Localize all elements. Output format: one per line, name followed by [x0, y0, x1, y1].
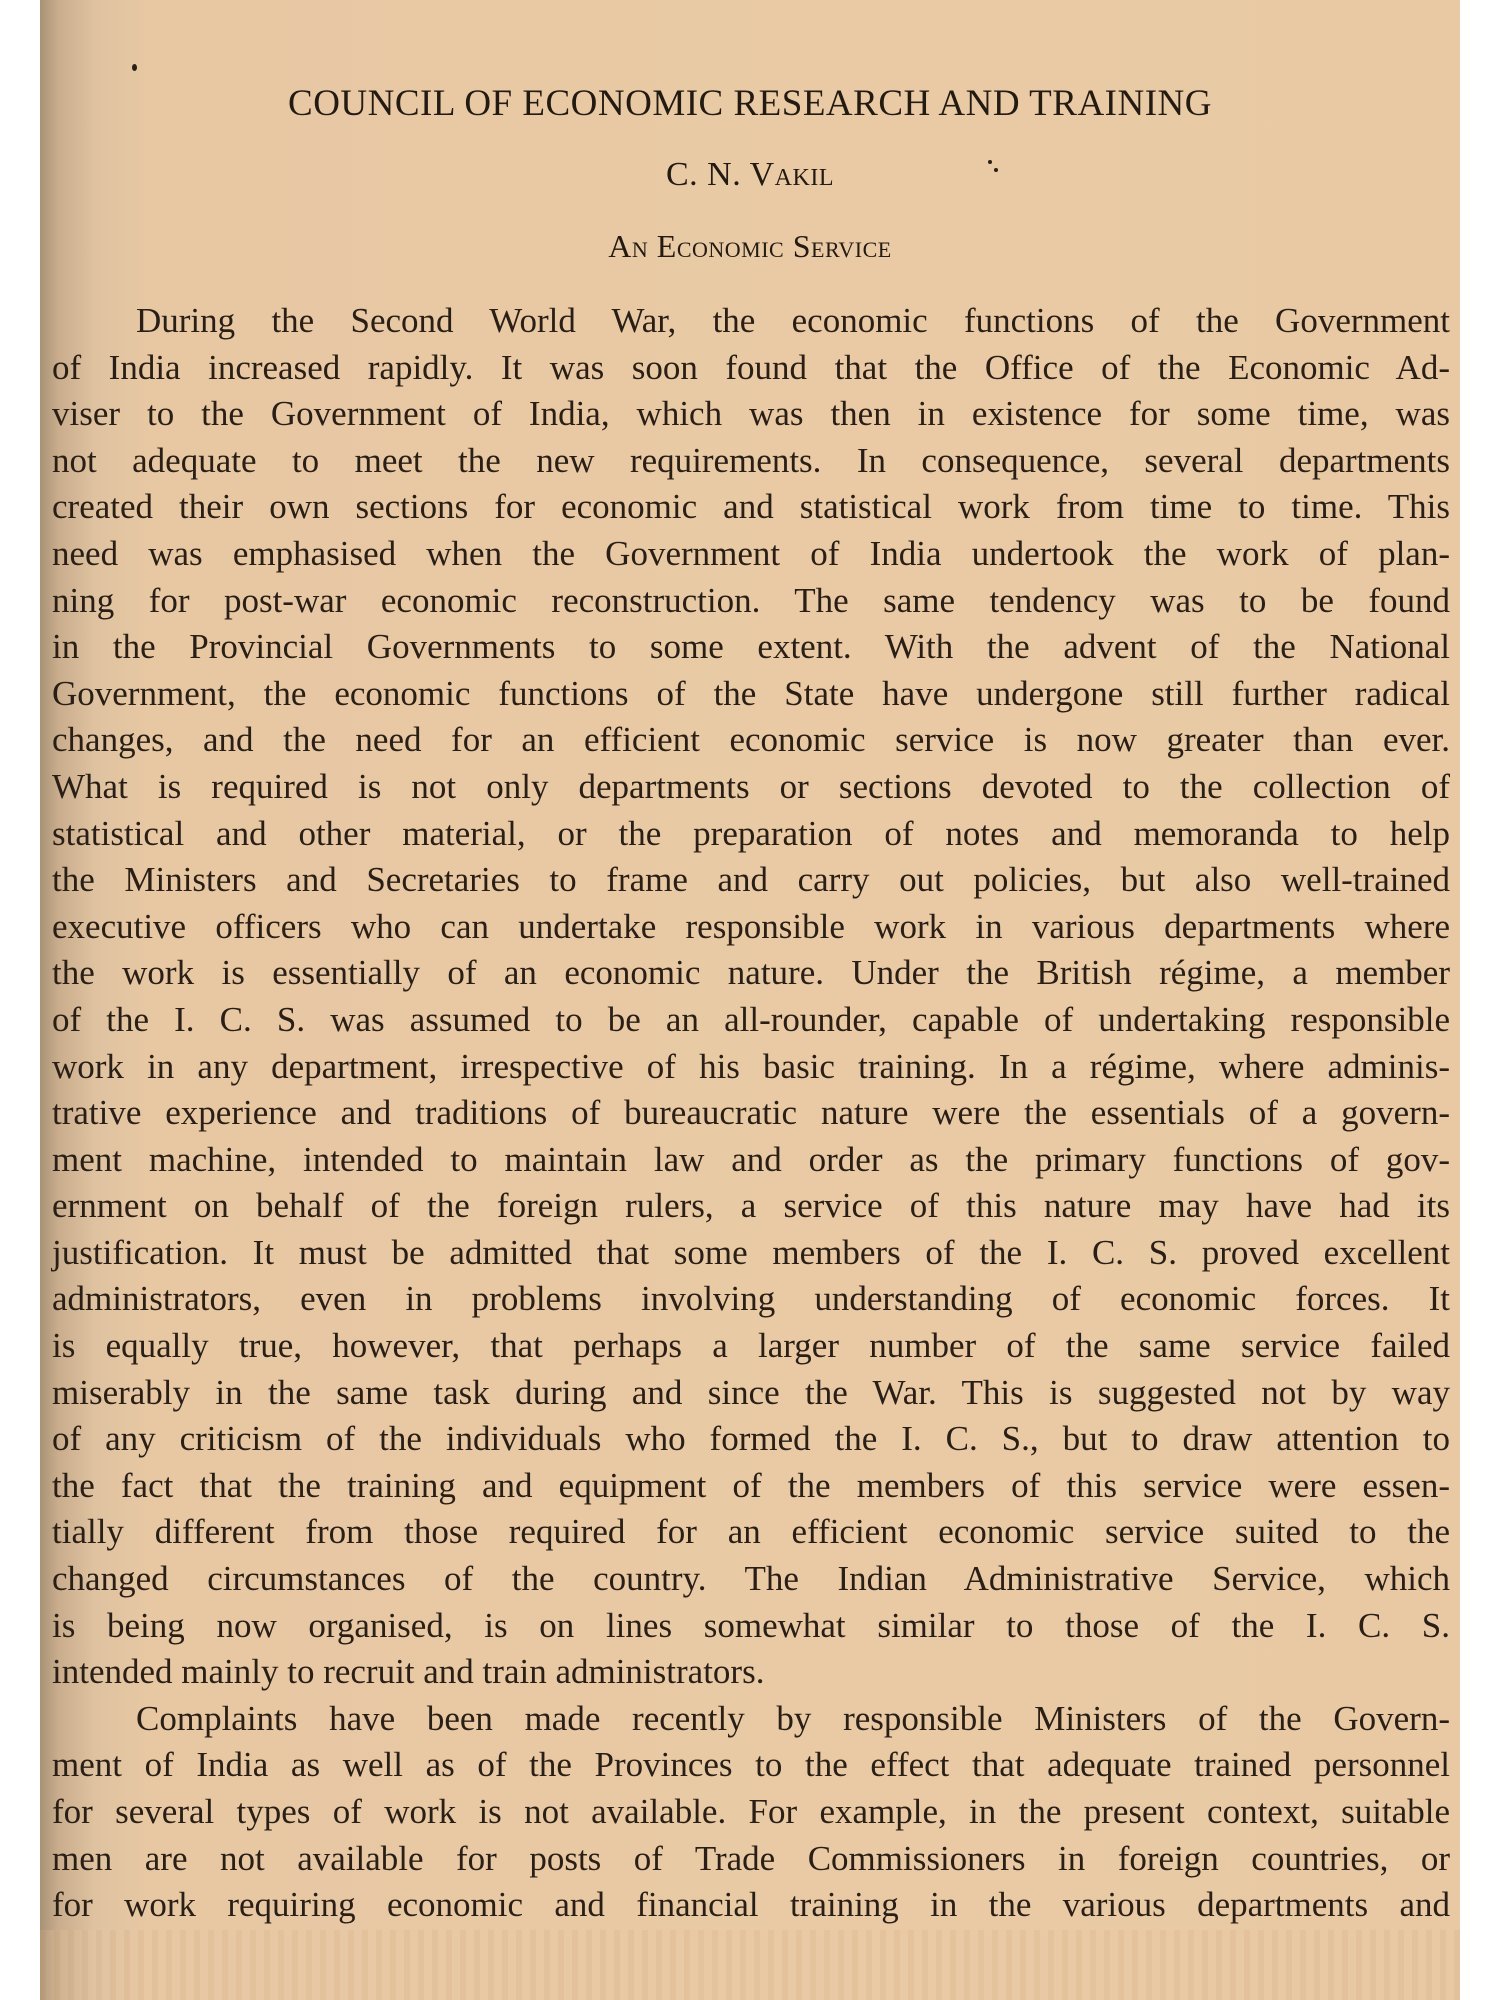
author-name: C. N. Vakil: [40, 156, 1460, 194]
text-line: ernment on behalf of the foreign rulers,…: [52, 1183, 1450, 1230]
text-line: trative experience and traditions of bur…: [52, 1090, 1450, 1137]
document-title: COUNCIL OF ECONOMIC RESEARCH AND TRAININ…: [40, 82, 1460, 125]
text-line: ning for post-war economic reconstructio…: [52, 578, 1450, 625]
text-line: statistical and other material, or the p…: [52, 811, 1450, 858]
paragraph-1: During the Second World War, the economi…: [52, 298, 1450, 1696]
text-line: ment of India as well as of the Province…: [52, 1742, 1450, 1789]
text-line: the Ministers and Secretaries to frame a…: [52, 857, 1450, 904]
text-line: need was emphasised when the Government …: [52, 531, 1450, 578]
body-text: During the Second World War, the economi…: [52, 298, 1450, 1929]
text-line: administrators, even in problems involvi…: [52, 1276, 1450, 1323]
scanned-page: COUNCIL OF ECONOMIC RESEARCH AND TRAININ…: [40, 0, 1460, 2000]
ink-speck: [994, 168, 998, 172]
text-line: justification. It must be admitted that …: [52, 1230, 1450, 1277]
paragraph-2: Complaints have been made recently by re…: [52, 1696, 1450, 1929]
text-line: men are not available for posts of Trade…: [52, 1836, 1450, 1883]
text-line: is being now organised, is on lines some…: [52, 1603, 1450, 1650]
text-line: in the Provincial Governments to some ex…: [52, 624, 1450, 671]
text-line: of the I. C. S. was assumed to be an all…: [52, 997, 1450, 1044]
text-line: Government, the economic functions of th…: [52, 671, 1450, 718]
text-line: changed circumstances of the country. Th…: [52, 1556, 1450, 1603]
text-line: miserably in the same task during and si…: [52, 1370, 1450, 1417]
text-line: work in any department, irrespective of …: [52, 1044, 1450, 1091]
text-line: viser to the Government of India, which …: [52, 391, 1450, 438]
text-line: the fact that the training and equipment…: [52, 1463, 1450, 1510]
text-line: During the Second World War, the economi…: [52, 298, 1450, 345]
text-line: not adequate to meet the new requirement…: [52, 438, 1450, 485]
text-line: executive officers who can undertake res…: [52, 904, 1450, 951]
text-line: the work is essentially of an economic n…: [52, 950, 1450, 997]
text-line: is equally true, however, that perhaps a…: [52, 1323, 1450, 1370]
text-line: changes, and the need for an efficient e…: [52, 717, 1450, 764]
ink-speck: [132, 64, 137, 71]
text-line: tially different from those required for…: [52, 1509, 1450, 1556]
text-line: ment machine, intended to maintain law a…: [52, 1137, 1450, 1184]
text-line: for work requiring economic and financia…: [52, 1882, 1450, 1929]
text-line: Complaints have been made recently by re…: [52, 1696, 1450, 1743]
ink-speck: [988, 160, 992, 164]
text-line: What is required is not only departments…: [52, 764, 1450, 811]
section-heading: An Economic Service: [40, 228, 1460, 265]
text-line: of any criticism of the individuals who …: [52, 1416, 1450, 1463]
text-line: of India increased rapidly. It was soon …: [52, 345, 1450, 392]
text-line: for several types of work is not availab…: [52, 1789, 1450, 1836]
text-line: intended mainly to recruit and train adm…: [52, 1649, 1450, 1696]
text-line: created their own sections for economic …: [52, 484, 1450, 531]
